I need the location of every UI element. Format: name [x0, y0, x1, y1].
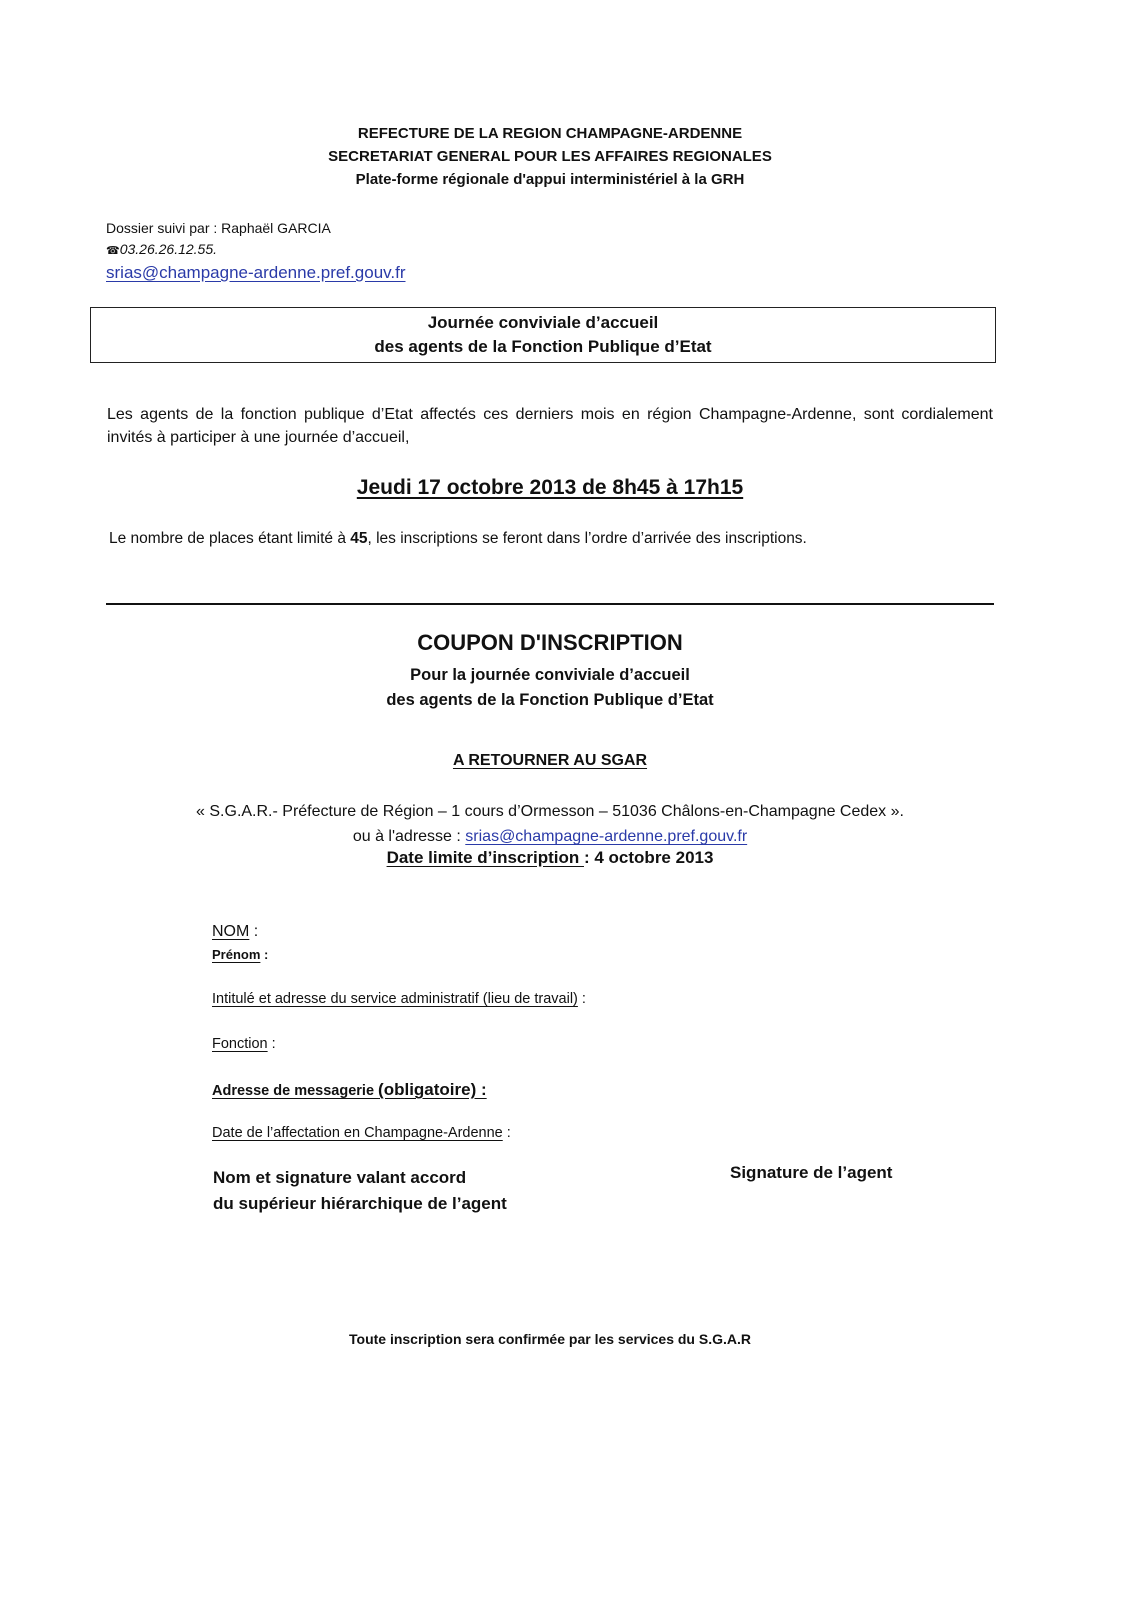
return-email-link[interactable]: srias@champagne-ardenne.pref.gouv.fr — [465, 828, 747, 845]
supervisor-signature-line-2: du supérieur hiérarchique de l’agent — [213, 1191, 507, 1217]
field-email-required: (obligatoire) : — [378, 1080, 487, 1099]
field-service-address-label: Intitulé et adresse du service administr… — [212, 991, 578, 1007]
agent-signature: Signature de l’agent — [730, 1163, 892, 1183]
phone-icon: ☎ — [106, 245, 120, 257]
deadline: Date limite d’inscription : 4 octobre 20… — [107, 848, 993, 868]
places-paragraph: Le nombre de places étant limité à 45, l… — [109, 530, 1009, 548]
email-address-label: ou à l'adresse : — [353, 828, 465, 845]
coupon-subtitle-line-2: des agents de la Fonction Publique d’Eta… — [107, 688, 993, 713]
letterhead-line-1: REFECTURE DE LA REGION CHAMPAGNE-ARDENNE — [280, 122, 820, 145]
field-prenom-label: Prénom — [212, 947, 260, 962]
supervisor-signature-line-1: Nom et signature valant accord — [213, 1165, 507, 1191]
places-count: 45 — [350, 530, 367, 547]
field-assignment-date-label: Date de l’affectation en Champagne-Arden… — [212, 1125, 503, 1141]
confirmation-note: Toute inscription sera confirmée par les… — [107, 1331, 993, 1347]
intro-paragraph: Les agents de la fonction publique d’Eta… — [107, 403, 993, 449]
coupon-subtitle-line-1: Pour la journée conviviale d’accueil — [107, 663, 993, 688]
field-nom[interactable]: NOM : — [212, 923, 258, 941]
contact-email-link[interactable]: srias@champagne-ardenne.pref.gouv.fr — [106, 263, 406, 282]
email-address-line: ou à l'adresse : srias@champagne-ardenne… — [107, 824, 993, 849]
return-instruction-text: A RETOURNER AU SGAR — [453, 752, 647, 769]
event-title-box: Journée conviviale d’accueil des agents … — [90, 307, 996, 363]
field-email-label: Adresse de messagerie (obligatoire) : — [212, 1083, 487, 1099]
event-date-text: Jeudi 17 octobre 2013 de 8h45 à 17h15 — [357, 476, 743, 499]
field-prenom[interactable]: Prénom : — [212, 947, 268, 962]
field-service-address[interactable]: Intitulé et adresse du service administr… — [212, 991, 586, 1007]
dossier-label: Dossier suivi par : Raphaël GARCIA — [106, 218, 406, 239]
return-instruction: A RETOURNER AU SGAR — [107, 752, 993, 770]
coupon-subtitle: Pour la journée conviviale d’accueil des… — [107, 663, 993, 713]
event-title-line-1: Journée conviviale d’accueil — [91, 311, 995, 335]
places-text-after: , les inscriptions se feront dans l’ordr… — [368, 530, 807, 547]
field-assignment-date[interactable]: Date de l’affectation en Champagne-Arden… — [212, 1125, 511, 1141]
field-nom-label: NOM — [212, 923, 249, 940]
letterhead-line-3: Plate-forme régionale d'appui interminis… — [280, 168, 820, 191]
section-divider — [106, 603, 994, 605]
coupon-title: COUPON D'INSCRIPTION — [107, 630, 993, 656]
return-address: « S.G.A.R.- Préfecture de Région – 1 cou… — [107, 799, 993, 849]
postal-address: « S.G.A.R.- Préfecture de Région – 1 cou… — [107, 799, 993, 824]
field-fonction-label: Fonction — [212, 1036, 268, 1052]
letterhead-line-2: SECRETARIAT GENERAL POUR LES AFFAIRES RE… — [280, 145, 820, 168]
event-title-line-2: des agents de la Fonction Publique d’Eta… — [91, 335, 995, 359]
letterhead: REFECTURE DE LA REGION CHAMPAGNE-ARDENNE… — [280, 122, 820, 191]
phone-number: 03.26.26.12.55. — [120, 241, 217, 257]
field-fonction[interactable]: Fonction : — [212, 1036, 276, 1052]
phone-line: ☎03.26.26.12.55. — [106, 239, 406, 262]
deadline-label: Date limite d’inscription — [387, 848, 584, 867]
field-email[interactable]: Adresse de messagerie (obligatoire) : — [212, 1080, 487, 1100]
contact-block: Dossier suivi par : Raphaël GARCIA ☎03.2… — [106, 218, 406, 283]
deadline-value: : 4 octobre 2013 — [584, 848, 713, 867]
supervisor-signature: Nom et signature valant accord du supéri… — [213, 1165, 507, 1217]
event-date: Jeudi 17 octobre 2013 de 8h45 à 17h15 — [107, 476, 993, 500]
places-text-before: Le nombre de places étant limité à — [109, 530, 350, 547]
